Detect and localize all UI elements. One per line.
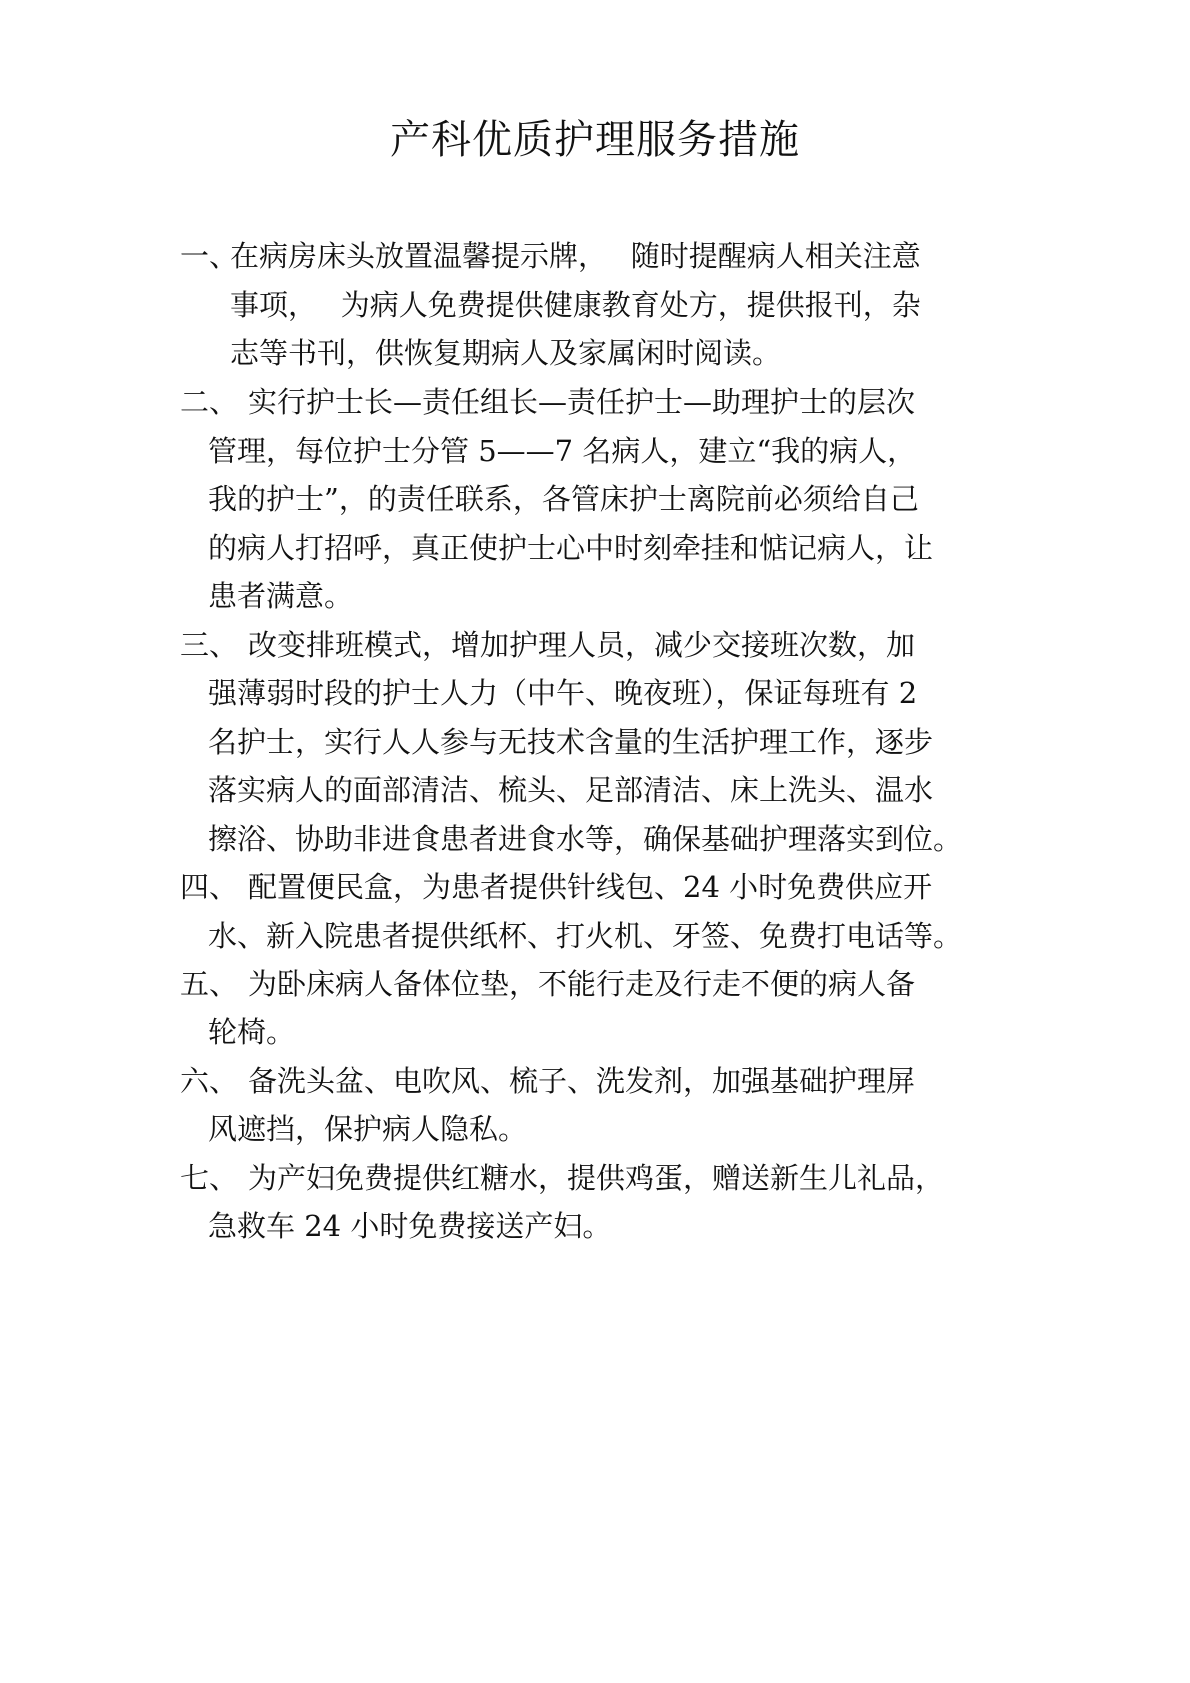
item-3-line-1: 改变排班模式，增加护理人员，减少交接班次数，加	[248, 625, 915, 665]
item-6-line-2: 风遮挡，保护病人隐私。	[208, 1109, 527, 1149]
item-5-line-1: 为卧床病人备体位垫，不能行走及行走不便的病人备	[248, 964, 915, 1004]
item-number-4: 四、	[180, 867, 238, 907]
item-1-line-3: 志等书刊，供恢复期病人及家属闲时阅读。	[230, 333, 781, 373]
item-4-line-1: 配置便民盒，为患者提供针线包、24 小时免费供应开	[248, 867, 932, 907]
item-number-7: 七、	[180, 1158, 238, 1198]
item-4-line-2: 水、新入院患者提供纸杯、打火机、牙签、免费打电话等。	[208, 916, 962, 956]
item-number-3: 三、	[180, 625, 238, 665]
item-3-line-3: 名护士，实行人人参与无技术含量的生活护理工作，逐步	[208, 722, 933, 762]
item-number-6: 六、	[180, 1061, 238, 1101]
item-number-2: 二、	[180, 382, 238, 422]
document-title: 产科优质护理服务措施	[0, 108, 1190, 165]
item-6-line-1: 备洗头盆、电吹风、梳子、洗发剂，加强基础护理屏	[248, 1061, 915, 1101]
item-2-line-4: 的病人打招呼，真正使护士心中时刻牵挂和惦记病人，让	[208, 528, 933, 568]
item-3-line-4: 落实病人的面部清洁、梳头、足部清洁、床上洗头、温水	[208, 770, 933, 810]
item-2-line-1: 实行护士长—责任组长—责任护士—助理护士的层次	[248, 382, 915, 422]
item-3-line-5: 擦浴、协助非进食患者进食水等，确保基础护理落实到位。	[208, 819, 962, 859]
item-7-line-1: 为产妇免费提供红糖水，提供鸡蛋，赠送新生儿礼品，	[248, 1158, 944, 1198]
item-3-line-2: 强薄弱时段的护士人力（中午、晚夜班），保证每班有 2	[208, 673, 917, 713]
item-2-line-3: 我的护士”，的责任联系，各管床护士离院前必须给自己	[208, 479, 919, 519]
item-2-line-5: 患者满意。	[208, 576, 353, 616]
item-number-5: 五、	[180, 964, 238, 1004]
item-5-line-2: 轮椅。	[208, 1012, 295, 1052]
item-7-line-2: 急救车 24 小时免费接送产妇。	[208, 1206, 611, 1246]
item-2-line-2: 管理，每位护士分管 5——7 名病人，建立“我的病人，	[208, 431, 916, 471]
item-1-line-2: 事项， 为病人免费提供健康教育处方，提供报刊，杂	[230, 285, 921, 325]
item-1-line-1: 在病房床头放置温馨提示牌， 随时提醒病人相关注意	[230, 236, 921, 276]
